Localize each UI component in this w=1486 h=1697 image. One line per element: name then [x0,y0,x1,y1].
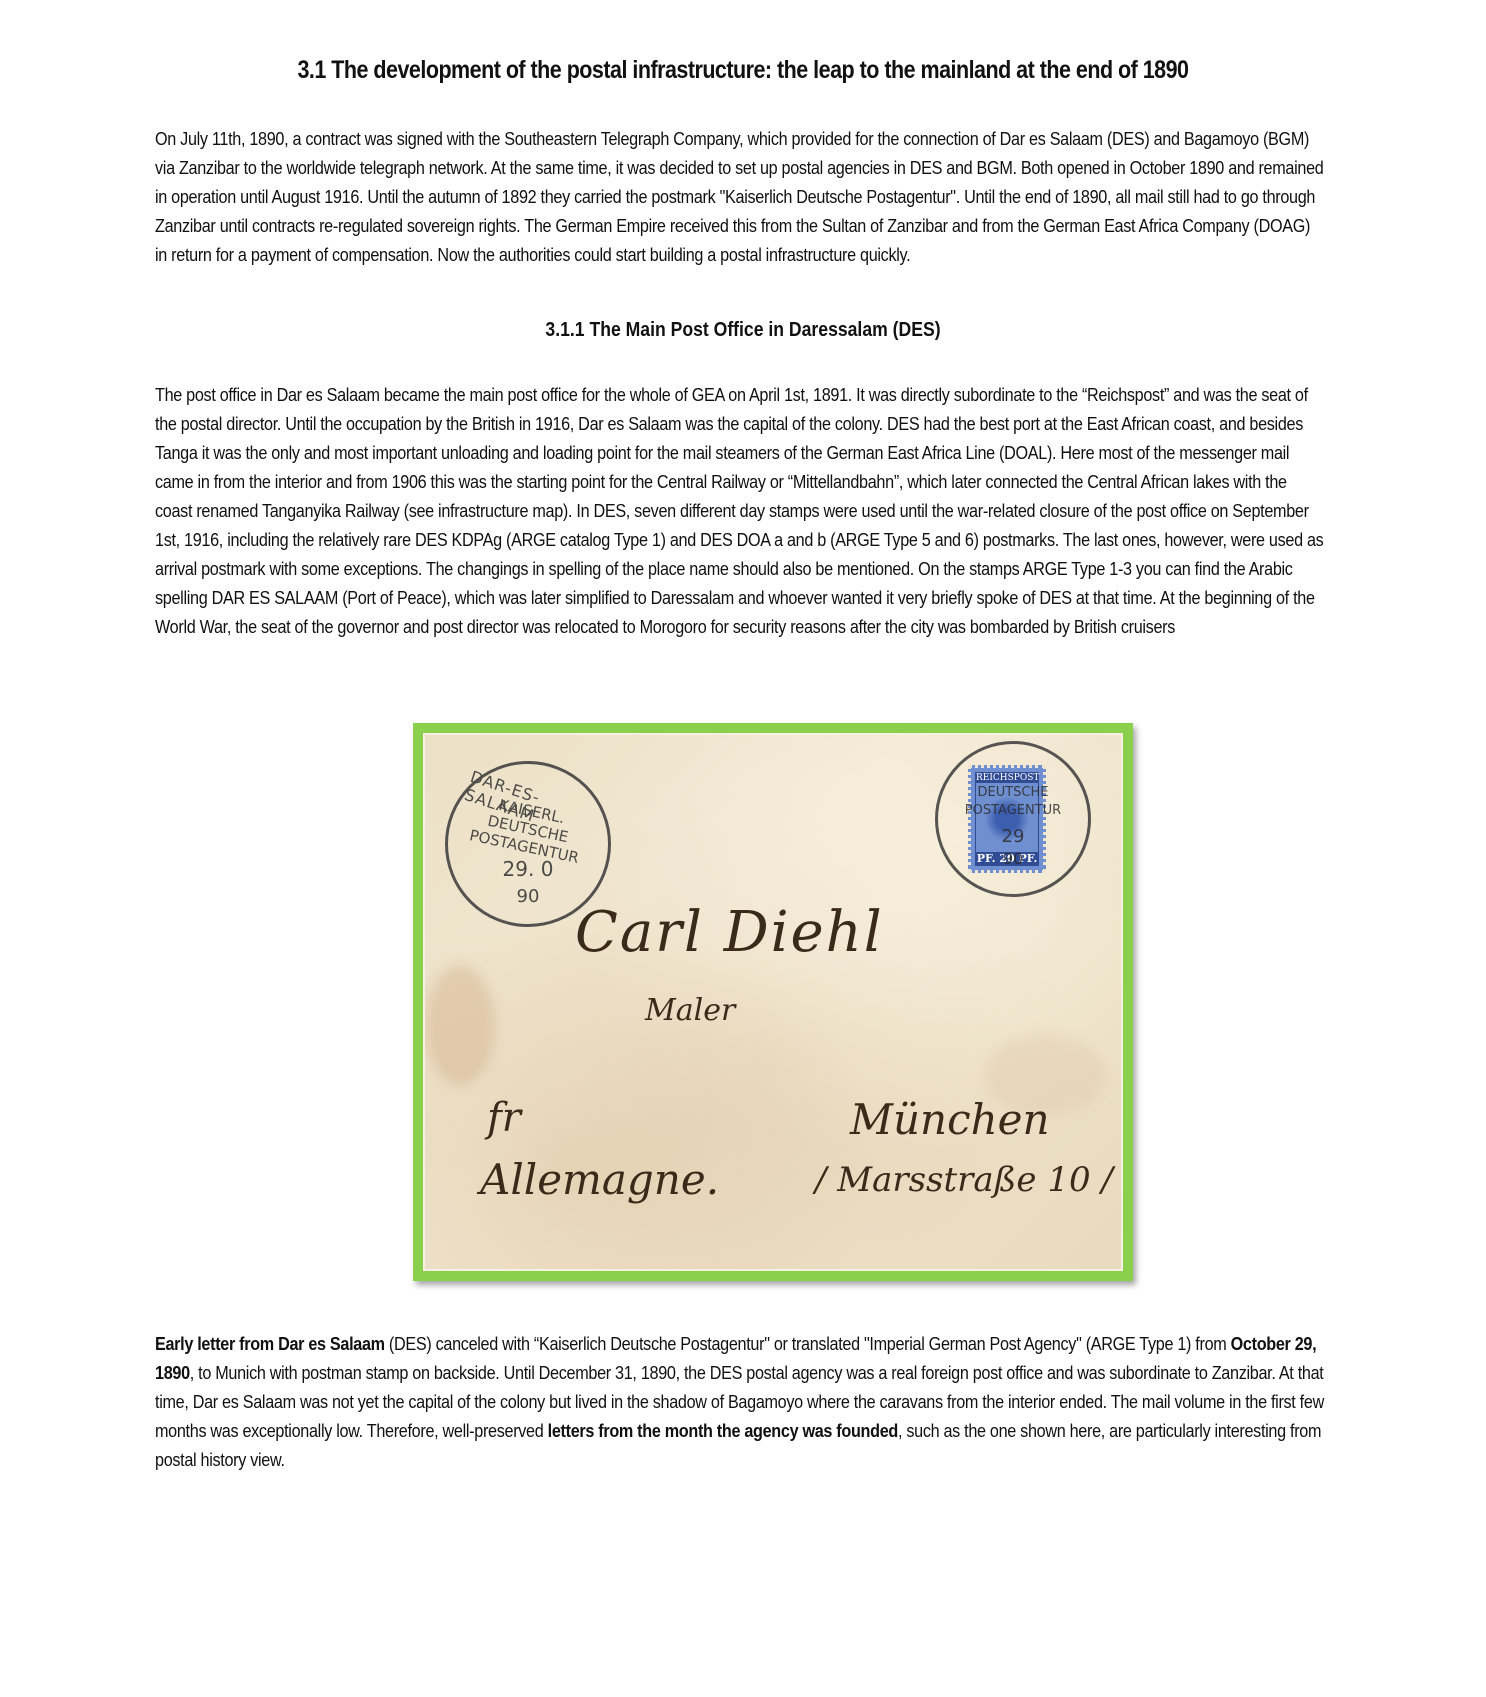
postmark-center-text: DEUTSCHE POSTAGENTUR [953,784,1073,820]
handwritten-street: / Marsstraße 10 / [815,1160,1113,1200]
subsection-title: 3.1.1 The Main Post Office in Daressalam… [89,319,1397,342]
handwritten-city: München [850,1095,1050,1144]
handwritten-country: Allemagne. [480,1155,719,1204]
handwritten-title: Maler [645,993,735,1028]
figure-caption: Early letter from Dar es Salaam (DES) ca… [155,1329,1325,1474]
postmark-year: 90 [983,850,1043,868]
postmark-date: 29 [983,828,1043,846]
handwritten-prefix: fr [487,1095,521,1141]
caption-bold-3: letters from the month the agency was fo… [548,1420,898,1441]
envelope-figure: DAR-ES-SALAAM KAISERL. DEUTSCHE POSTAGEN… [413,723,1133,1281]
intro-paragraph: On July 11th, 1890, a contract was signe… [155,124,1325,269]
postmark-on-stamp: DEUTSCHE POSTAGENTUR 29 90 [935,741,1091,897]
handwritten-recipient: Carl Diehl [575,900,884,965]
envelope-image: DAR-ES-SALAAM KAISERL. DEUTSCHE POSTAGEN… [423,733,1123,1271]
stain [425,965,495,1085]
postmark-year: 90 [498,888,558,906]
caption-text-1: (DES) canceled with “Kaiserlich Deutsche… [385,1333,1231,1354]
postmark-date: 29. 0 [488,860,568,878]
section-title: 3.1 The development of the postal infras… [104,56,1382,85]
main-post-office-paragraph: The post office in Dar es Salaam became … [155,380,1325,641]
caption-bold-1: Early letter from Dar es Salaam [155,1333,385,1354]
